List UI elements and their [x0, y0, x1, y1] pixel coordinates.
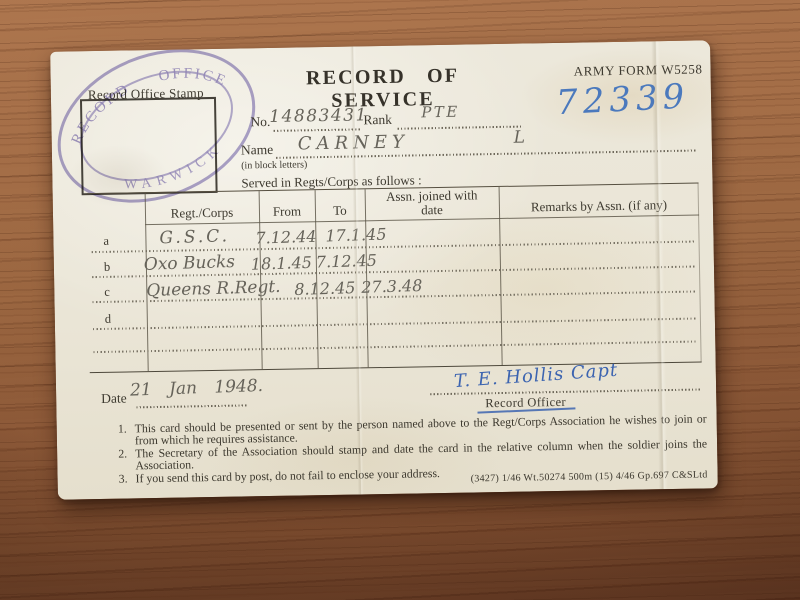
stamp-arc-top-text: RECORD OFFICE — [56, 43, 234, 151]
instruction-number: 1. — [101, 422, 135, 447]
row-dotted-line — [93, 318, 697, 331]
service-table: Regt./Corps From To Assn. joined with da… — [87, 182, 702, 373]
table-header-regt: Regt./Corps — [145, 191, 260, 225]
rank-dotted-line — [398, 126, 524, 130]
row-b-from: 18.1.45 — [251, 253, 313, 274]
row-b-to: 7.12.45 — [316, 251, 378, 272]
row-a-to: 17.1.45 — [325, 225, 387, 246]
row-c-from: 8.12.45 — [294, 278, 356, 299]
handwritten-surname: CARNEY — [298, 132, 409, 155]
table-header-assn: Assn. joined with date — [365, 187, 500, 221]
row-letter-a: a — [103, 234, 109, 249]
handwritten-rank: PTE — [421, 103, 460, 122]
svg-text:RECORD OFFICE: RECORD OFFICE — [56, 43, 234, 151]
rank-label: Rank — [363, 112, 392, 128]
record-of-service-card: Record Office Stamp RECORD OFFICE WARWIC… — [50, 40, 718, 499]
no-dotted-line — [274, 128, 362, 132]
no-label: No. — [250, 114, 270, 130]
name-label: Name — [241, 142, 274, 159]
handwritten-initial: L — [514, 128, 526, 148]
instruction-number: 2. — [101, 447, 135, 472]
handwritten-serial-blue: 72339 — [555, 76, 690, 123]
row-dotted-line — [93, 341, 697, 354]
table-header-remarks: Remarks by Assn. (if any) — [499, 183, 700, 218]
row-letter-c: c — [104, 285, 110, 300]
row-letter-d: d — [105, 312, 112, 327]
row-c-to: 27.3.48 — [361, 276, 423, 297]
table-header-to: To — [315, 189, 366, 222]
row-b-regt: Oxo Bucks — [144, 252, 236, 275]
instruction-number: 3. — [101, 472, 135, 485]
handwritten-service-number: 14883431 — [269, 105, 368, 127]
block-letters-note: (in block letters) — [241, 159, 307, 171]
table-header-from: From — [259, 190, 316, 223]
row-letter-b: b — [104, 260, 111, 275]
row-a-from: 7.12.44 — [255, 227, 317, 248]
date-dotted-line — [136, 404, 248, 408]
row-a-regt: G.S.C. — [159, 226, 230, 248]
handwritten-date: 21 Jan 1948. — [130, 376, 264, 401]
date-label: Date — [101, 391, 127, 407]
row-c-regt: Queens R.Regt. — [146, 277, 281, 301]
